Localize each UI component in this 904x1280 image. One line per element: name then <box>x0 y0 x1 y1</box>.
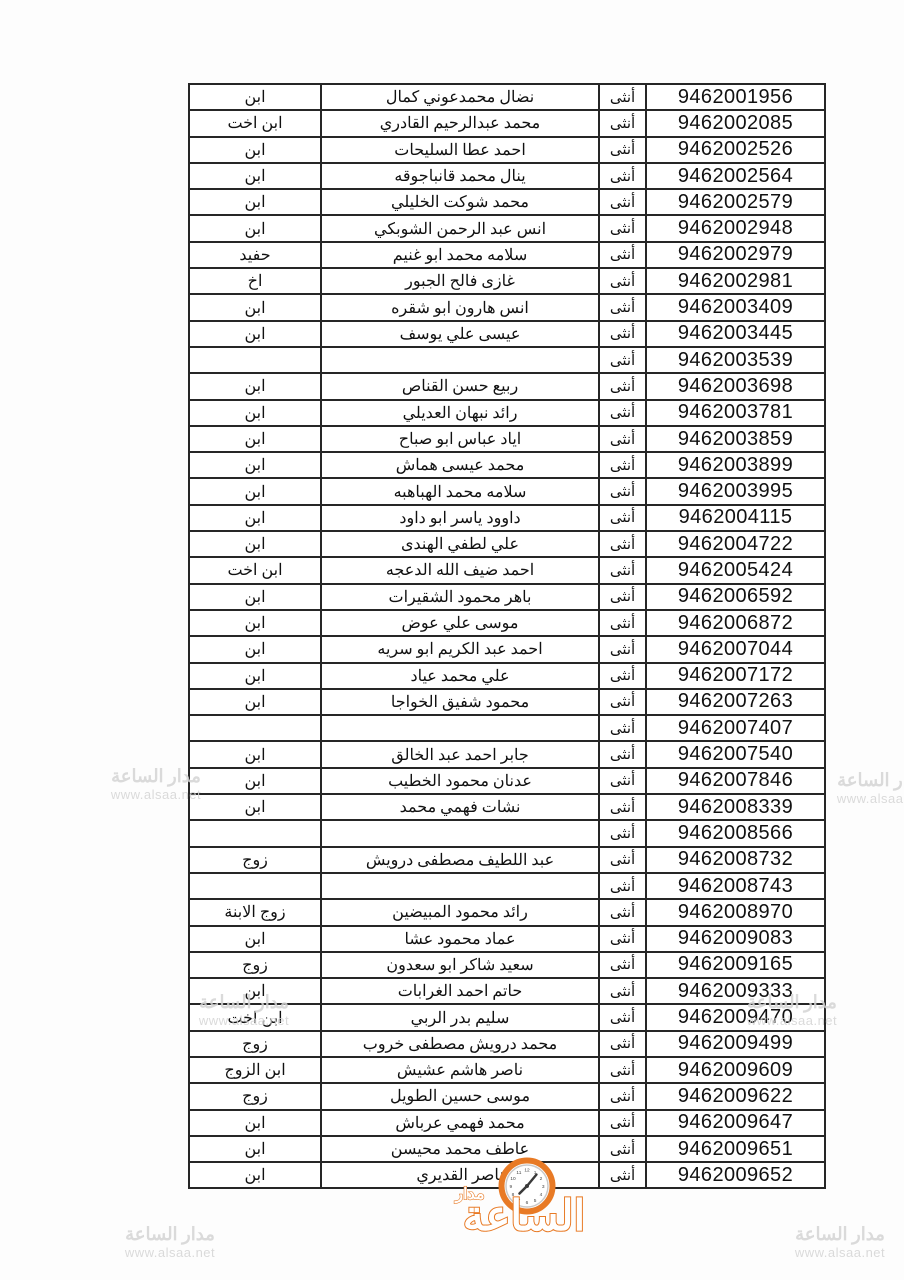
gender-cell: أنثى <box>600 1163 645 1187</box>
relationship-cell: ابن <box>190 690 320 714</box>
relationship-cell: ابن <box>190 927 320 951</box>
name-cell: انس هارون ابو شقره <box>322 295 598 319</box>
gender-cell: أنثى <box>600 585 645 609</box>
name-cell: سليم بدر الربي <box>322 1005 598 1029</box>
name-cell: رائد نبهان العديلي <box>322 401 598 425</box>
relationship-cell: ابن الزوج <box>190 1058 320 1082</box>
name-cell: علي محمد عياد <box>322 664 598 688</box>
relationship-cell: زوج <box>190 1084 320 1108</box>
name-cell: ينال محمد قانباجوقه <box>322 164 598 188</box>
relationship-cell: ابن <box>190 585 320 609</box>
relationship-cell: ابن <box>190 401 320 425</box>
gender-cell: أنثى <box>600 269 645 293</box>
relationship-cell: اخ <box>190 269 320 293</box>
name-cell: محمد عيسى هماش <box>322 453 598 477</box>
name-cell: محمد فهمي عرباش <box>322 1111 598 1135</box>
national-number-cell: 9462002579 <box>647 190 824 214</box>
gender-cell: أنثى <box>600 1032 645 1056</box>
national-number-cell: 9462004722 <box>647 532 824 556</box>
gender-cell: أنثى <box>600 85 645 109</box>
national-number-cell: 9462007263 <box>647 690 824 714</box>
national-number-cell: 9462007172 <box>647 664 824 688</box>
name-cell: حاتم احمد الغرابات <box>322 979 598 1003</box>
gender-cell: أنثى <box>600 1005 645 1029</box>
name-cell: سلامه محمد الهباهبه <box>322 479 598 503</box>
relationship-cell: ابن <box>190 532 320 556</box>
gender-cell: أنثى <box>600 611 645 635</box>
gender-cell: أنثى <box>600 1084 645 1108</box>
national-number-cell: 9462009333 <box>647 979 824 1003</box>
national-number-cell: 9462002948 <box>647 216 824 240</box>
clock-number: 9 <box>509 1184 512 1190</box>
name-cell: اياد عباس ابو صباح <box>322 427 598 451</box>
gender-cell: أنثى <box>600 1137 645 1161</box>
name-cell: سعيد شاكر ابو سعدون <box>322 953 598 977</box>
national-number-cell: 9462003899 <box>647 453 824 477</box>
relationship-cell: زوج <box>190 848 320 872</box>
watermark: مدار الساعة www.alsaa.net <box>780 1224 900 1260</box>
watermark-site-name: مدار الساعة <box>110 1224 230 1245</box>
name-cell: رائد محمود المبيضين <box>322 900 598 924</box>
national-number-cell: 9462003409 <box>647 295 824 319</box>
gender-cell: أنثى <box>600 848 645 872</box>
gender-cell: أنثى <box>600 979 645 1003</box>
gender-cell: أنثى <box>600 348 645 372</box>
gender-cell: أنثى <box>600 401 645 425</box>
name-cell: باهر محمود الشقيرات <box>322 585 598 609</box>
gender-cell: أنثى <box>600 322 645 346</box>
national-number-cell: 9462003445 <box>647 322 824 346</box>
name-cell: عدنان محمود الخطيب <box>322 769 598 793</box>
national-number-cell: 9462002085 <box>647 111 824 135</box>
name-cell: داوود ياسر ابو داود <box>322 506 598 530</box>
clock-number: 2 <box>540 1176 543 1182</box>
national-number-cell: 9462002526 <box>647 138 824 162</box>
relationship-cell: ابن <box>190 506 320 530</box>
name-cell: علي لطفي الهندى <box>322 532 598 556</box>
gender-cell: أنثى <box>600 111 645 135</box>
relationship-cell: ابن <box>190 190 320 214</box>
name-cell <box>322 874 598 898</box>
gender-cell: أنثى <box>600 164 645 188</box>
madar-alsaa-logo: 121234567891011 مدار الساعة <box>440 1150 600 1260</box>
relationship-cell: ابن <box>190 453 320 477</box>
relationship-cell <box>190 348 320 372</box>
name-cell: نشات فهمي محمد <box>322 795 598 819</box>
relationship-cell: ابن اخت <box>190 558 320 582</box>
national-number-cell: 9462009609 <box>647 1058 824 1082</box>
gender-cell: أنثى <box>600 453 645 477</box>
clock-number: 3 <box>542 1184 545 1190</box>
name-cell: محمد درويش مصطفى خروب <box>322 1032 598 1056</box>
national-number-cell: 9462008339 <box>647 795 824 819</box>
watermark: مدار الساعة www.alsaa.net <box>110 1224 230 1260</box>
national-number-cell: 9462005424 <box>647 558 824 582</box>
national-number-cell: 9462002564 <box>647 164 824 188</box>
national-number-cell: 9462009470 <box>647 1005 824 1029</box>
relationship-cell: زوج الابنة <box>190 900 320 924</box>
name-cell: احمد عبد الكريم ابو سريه <box>322 637 598 661</box>
relationship-cell: ابن <box>190 374 320 398</box>
watermark-site-name: مدار الساعة <box>780 1224 900 1245</box>
relationship-cell: ابن <box>190 795 320 819</box>
national-number-cell: 9462009647 <box>647 1111 824 1135</box>
relationship-cell: ابن <box>190 637 320 661</box>
name-cell: سلامه محمد ابو غنيم <box>322 243 598 267</box>
watermark-url: www.alsaa.net <box>780 1245 900 1260</box>
national-number-cell: 9462008566 <box>647 821 824 845</box>
relationship-cell: ابن اخت <box>190 111 320 135</box>
watermark-url: www.alsaa.net <box>822 791 904 806</box>
name-cell: عبد اللطيف مصطفى درويش <box>322 848 598 872</box>
gender-cell: أنثى <box>600 795 645 819</box>
national-number-cell: 9462004115 <box>647 506 824 530</box>
name-cell: عيسى علي يوسف <box>322 322 598 346</box>
national-number-cell: 9462007540 <box>647 742 824 766</box>
gender-cell: أنثى <box>600 716 645 740</box>
national-number-cell: 9462008970 <box>647 900 824 924</box>
relationship-cell: ابن <box>190 216 320 240</box>
gender-cell: أنثى <box>600 821 645 845</box>
gender-cell: أنثى <box>600 243 645 267</box>
name-cell <box>322 348 598 372</box>
national-number-cell: 9462009652 <box>647 1163 824 1187</box>
gender-cell: أنثى <box>600 558 645 582</box>
relationship-cell: ابن اخت <box>190 1005 320 1029</box>
records-table-grid: ابننضال محمدعوني كمالأنثى9462001956ابن ا… <box>188 83 826 1189</box>
name-cell: انس عبد الرحمن الشوبكي <box>322 216 598 240</box>
relationship-cell <box>190 874 320 898</box>
gender-cell: أنثى <box>600 138 645 162</box>
gender-cell: أنثى <box>600 927 645 951</box>
national-number-cell: 9462003995 <box>647 479 824 503</box>
national-number-cell: 9462008732 <box>647 848 824 872</box>
name-cell: محمود شفيق الخواجا <box>322 690 598 714</box>
watermark: مدار الساعة www.alsaa.net <box>822 770 904 806</box>
gender-cell: أنثى <box>600 900 645 924</box>
national-number-cell: 9462006592 <box>647 585 824 609</box>
name-cell: جابر احمد عبد الخالق <box>322 742 598 766</box>
gender-cell: أنثى <box>600 532 645 556</box>
gender-cell: أنثى <box>600 874 645 898</box>
name-cell: غازى فالح الجبور <box>322 269 598 293</box>
name-cell: موسى علي عوض <box>322 611 598 635</box>
relationship-cell: ابن <box>190 164 320 188</box>
national-number-cell: 9462003781 <box>647 401 824 425</box>
national-number-cell: 9462009651 <box>647 1137 824 1161</box>
national-number-cell: 9462007044 <box>647 637 824 661</box>
gender-cell: أنثى <box>600 1111 645 1135</box>
gender-cell: أنثى <box>600 427 645 451</box>
relationship-cell <box>190 716 320 740</box>
national-number-cell: 9462003859 <box>647 427 824 451</box>
relationship-cell: ابن <box>190 1163 320 1187</box>
watermark-site-name: مدار الساعة <box>822 770 904 791</box>
relationship-cell: ابن <box>190 322 320 346</box>
relationship-cell: زوج <box>190 1032 320 1056</box>
gender-cell: أنثى <box>600 690 645 714</box>
gender-cell: أنثى <box>600 479 645 503</box>
name-cell: احمد ضيف الله الدعجه <box>322 558 598 582</box>
gender-cell: أنثى <box>600 769 645 793</box>
national-number-cell: 9462008743 <box>647 874 824 898</box>
relationship-cell: زوج <box>190 953 320 977</box>
gender-cell: أنثى <box>600 953 645 977</box>
relationship-cell: ابن <box>190 611 320 635</box>
relationship-cell: ابن <box>190 85 320 109</box>
name-cell: موسى حسين الطويل <box>322 1084 598 1108</box>
gender-cell: أنثى <box>600 190 645 214</box>
national-number-cell: 9462003698 <box>647 374 824 398</box>
gender-cell: أنثى <box>600 506 645 530</box>
name-cell: ناصر هاشم عشيش <box>322 1058 598 1082</box>
relationship-cell: ابن <box>190 664 320 688</box>
name-cell: عماد محمود عشا <box>322 927 598 951</box>
relationship-cell: ابن <box>190 479 320 503</box>
relationship-cell: ابن <box>190 979 320 1003</box>
relationship-cell: حفيد <box>190 243 320 267</box>
relationship-cell: ابن <box>190 138 320 162</box>
national-number-cell: 9462009165 <box>647 953 824 977</box>
gender-cell: أنثى <box>600 216 645 240</box>
name-cell: ربيع حسن القناص <box>322 374 598 398</box>
madar-alsaa-logo-svg: 121234567891011 مدار الساعة <box>440 1150 600 1260</box>
name-cell: احمد عطا السليحات <box>322 138 598 162</box>
name-cell: محمد شوكت الخليلي <box>322 190 598 214</box>
national-number-cell: 9462002981 <box>647 269 824 293</box>
national-number-cell: 9462007846 <box>647 769 824 793</box>
relationship-cell: ابن <box>190 1111 320 1135</box>
relationship-cell <box>190 821 320 845</box>
clock-number: 10 <box>510 1176 516 1182</box>
national-number-cell: 9462003539 <box>647 348 824 372</box>
gender-cell: أنثى <box>600 742 645 766</box>
name-cell <box>322 821 598 845</box>
gender-cell: أنثى <box>600 1058 645 1082</box>
national-number-cell: 9462009083 <box>647 927 824 951</box>
gender-cell: أنثى <box>600 295 645 319</box>
clock-number: 12 <box>524 1168 530 1174</box>
relationship-cell: ابن <box>190 769 320 793</box>
national-number-cell: 9462007407 <box>647 716 824 740</box>
scanned-document-page: مدار الساعة www.alsaa.net مدار الساعة ww… <box>0 0 904 1280</box>
relationship-cell: ابن <box>190 427 320 451</box>
national-number-cell: 9462009622 <box>647 1084 824 1108</box>
relationship-cell: ابن <box>190 295 320 319</box>
national-number-cell: 9462009499 <box>647 1032 824 1056</box>
gender-cell: أنثى <box>600 637 645 661</box>
clock-center-dot <box>525 1184 529 1188</box>
clock-number: 11 <box>516 1170 521 1176</box>
name-cell: محمد عبدالرحيم القادري <box>322 111 598 135</box>
name-cell <box>322 716 598 740</box>
gender-cell: أنثى <box>600 374 645 398</box>
relationship-cell: ابن <box>190 742 320 766</box>
national-number-cell: 9462002979 <box>647 243 824 267</box>
national-number-cell: 9462001956 <box>647 85 824 109</box>
logo-word-alsaa: الساعة <box>463 1194 585 1240</box>
relationship-cell: ابن <box>190 1137 320 1161</box>
watermark-url: www.alsaa.net <box>110 1245 230 1260</box>
national-number-cell: 9462006872 <box>647 611 824 635</box>
name-cell: نضال محمدعوني كمال <box>322 85 598 109</box>
gender-cell: أنثى <box>600 664 645 688</box>
